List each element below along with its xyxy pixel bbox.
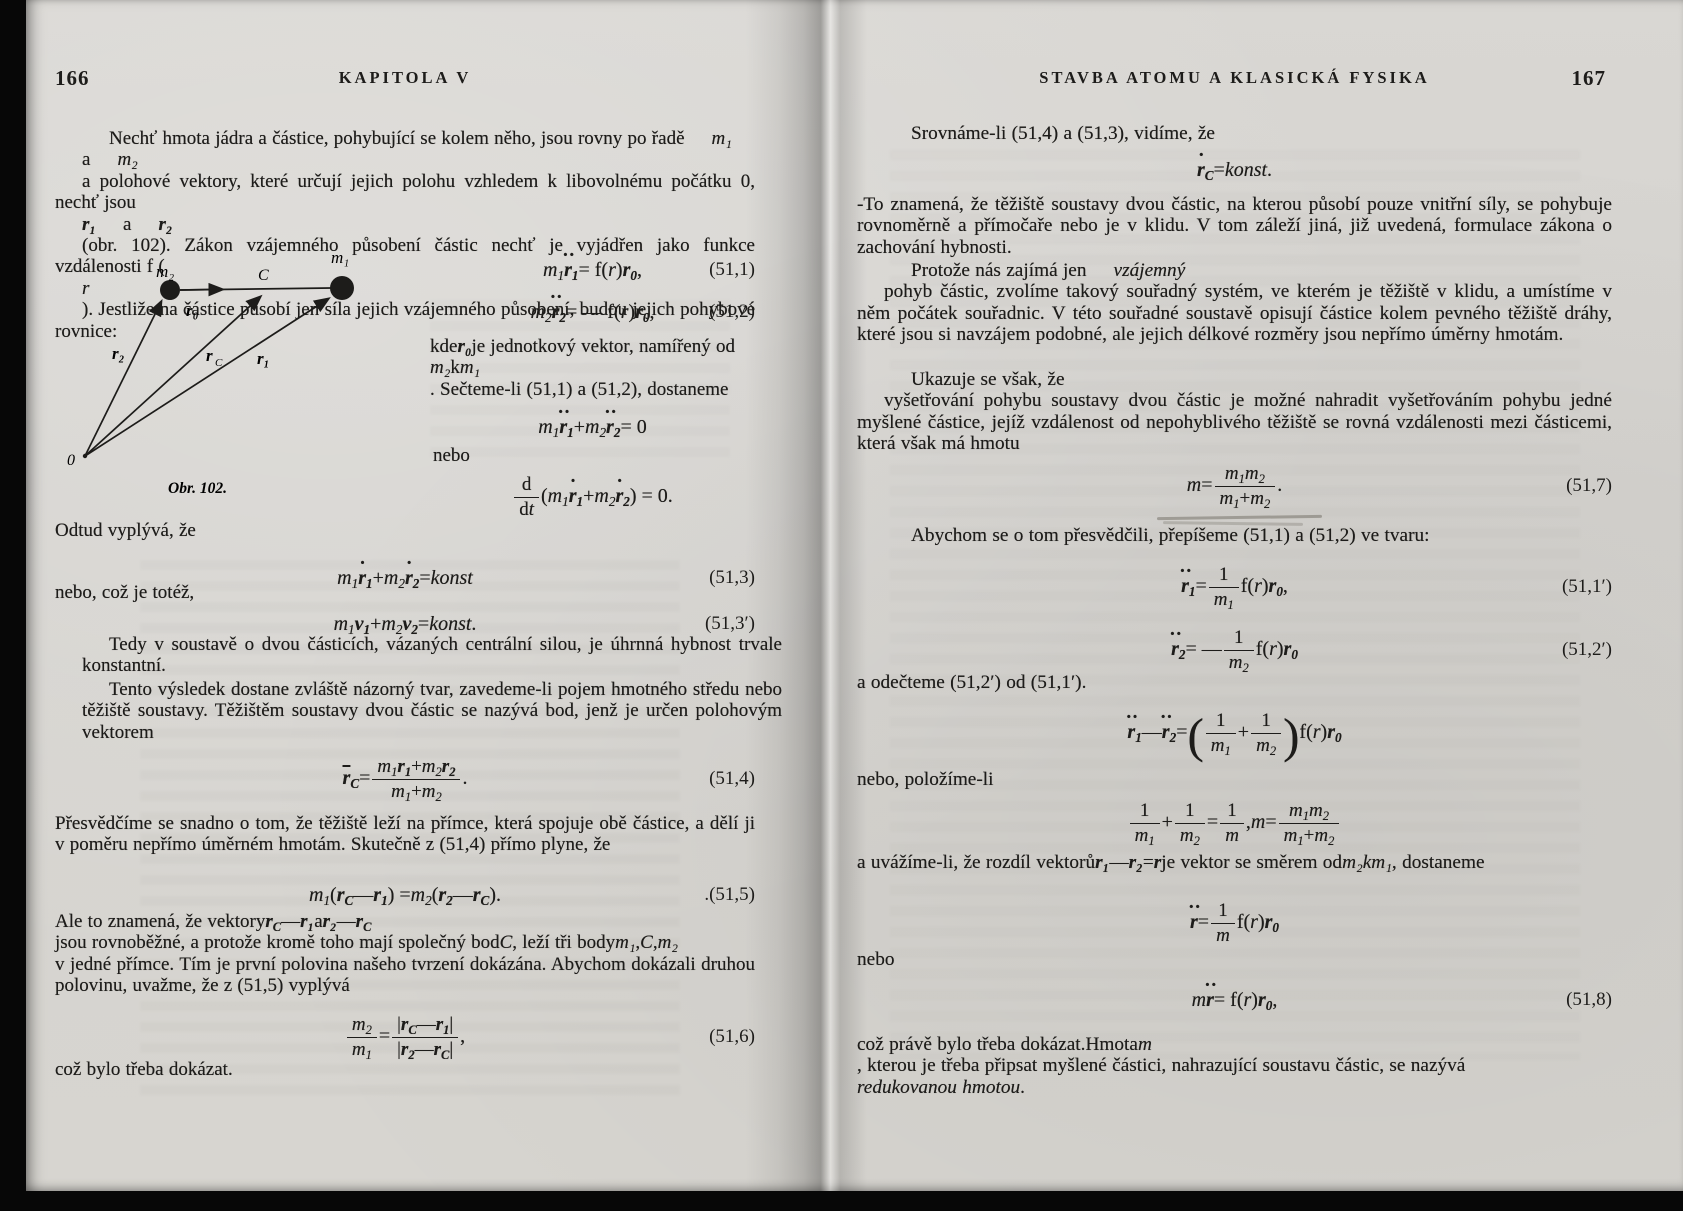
glyph: m (334, 613, 348, 636)
text-run: rC (434, 1039, 450, 1060)
subscript: 2 (366, 1023, 372, 1037)
text-run: r1 (559, 416, 573, 438)
subscript: 1 (1227, 597, 1233, 611)
fraction-numerator: 1 (1209, 564, 1239, 587)
label-rc-sub: C (215, 357, 223, 369)
text-run: m1 (1225, 463, 1245, 484)
text-run: + (574, 416, 585, 438)
glyph: = — (1185, 638, 1221, 661)
figure-obr-102: m₂ m₁ C r₀ r₂ r C r₁ 0 Obr. 102. (60, 243, 416, 505)
text-run: Ale to znamená, že vektory (55, 911, 265, 932)
glyph: r (1269, 638, 1277, 661)
fraction-numerator: m1r1 + m2r2 (372, 756, 460, 779)
equation-r-double-dot: r = 1m f(r)r0 (857, 895, 1612, 951)
glyph: m (594, 485, 608, 508)
equation-51-2p: r2 = — 1m2 f(r)r0 (51,2′) (857, 622, 1612, 678)
text-run: rC (401, 1014, 417, 1035)
text-run: + (370, 613, 381, 635)
fraction-numerator: m1m2 (1215, 463, 1276, 486)
text-run: . (1277, 474, 1282, 496)
glyph: C (640, 932, 653, 953)
fraction: 1m (1211, 900, 1235, 946)
glyph: ) (1277, 638, 1284, 661)
glyph: r (623, 259, 631, 282)
text-run: ) (616, 259, 623, 281)
glyph: r₁ (55, 214, 96, 235)
text-run: Přesvědčíme se snadno o tom, že těžiště … (55, 834, 755, 855)
text-run: , (649, 301, 654, 323)
text-run: . (1267, 159, 1272, 181)
fraction-denominator: m2 (1175, 824, 1205, 846)
glyph: = (1201, 474, 1212, 497)
glyph: m (1187, 474, 1201, 497)
text-run: , (1283, 575, 1288, 597)
label-origin: 0 (67, 452, 75, 469)
text-run: nebo, položíme-li (857, 769, 994, 790)
glyph: = (1265, 811, 1276, 834)
glyph: m (352, 1039, 366, 1060)
text-run: r (1250, 911, 1258, 933)
glyph: = (379, 1025, 390, 1048)
text-run: m₁ (685, 128, 732, 149)
text-run: + (1304, 825, 1315, 846)
subscript: 1 (567, 424, 574, 439)
glyph: r (1162, 721, 1170, 744)
fraction-numerator: d (514, 474, 539, 497)
glyph: a polohové vektory, které určují jejich … (55, 171, 755, 214)
glyph: k (450, 357, 460, 378)
glyph: + (1304, 825, 1315, 846)
subscript: 0 (1291, 647, 1298, 662)
paragraph: Srovnáme-li (51,4) a (51,3), vidíme, že (857, 123, 1612, 144)
text-run: 1 (1219, 564, 1229, 585)
glyph: nebo (857, 949, 894, 970)
glyph: d (519, 499, 529, 520)
glyph: m₁ (460, 357, 480, 378)
glyph: + (411, 781, 422, 802)
label-rc: r (206, 346, 213, 365)
equation-body: 1m1 + 1m2 = 1m , m = m1m2m1 + m2 (1128, 800, 1342, 846)
text-run: a (96, 214, 131, 235)
text-run: a (55, 149, 90, 170)
label-C: C (258, 267, 269, 284)
glyph: 1 (1234, 627, 1244, 648)
figure-caption: Obr. 102. (168, 480, 227, 497)
text-run: 1 (1227, 800, 1237, 821)
subscript: 2 (1264, 496, 1270, 510)
glyph: r (569, 485, 577, 508)
paragraph: nebo (857, 949, 1612, 970)
fraction-numerator: m2 (347, 1014, 377, 1037)
text-run: což právě bylo třeba dokázat. (857, 1034, 1085, 1055)
text-run: rC (1197, 159, 1214, 181)
glyph: r (1190, 911, 1198, 934)
text-run: . (462, 767, 467, 789)
text-run: f( (1237, 911, 1250, 933)
fraction-numerator: 1 (1206, 710, 1236, 733)
glyph: r (337, 884, 345, 907)
text-run: nebo, což je totéž, (55, 582, 194, 603)
text-run: m1 (1220, 488, 1240, 509)
text-run: , leží tři body (512, 932, 615, 953)
fraction: ddt (514, 474, 539, 520)
subscript: 2 (1194, 833, 1200, 847)
glyph: m (1309, 800, 1323, 821)
glyph: , (1272, 989, 1277, 1012)
text-run: konst (1225, 159, 1267, 181)
text-run: m1 (1214, 589, 1234, 610)
glyph: r (1181, 575, 1189, 598)
glyph: kde (430, 336, 457, 357)
text-run: , (460, 1025, 465, 1047)
glyph: m (1314, 825, 1328, 846)
glyph: r (606, 416, 614, 439)
subscript: 2 (559, 309, 566, 324)
text-run: m2 (594, 485, 615, 507)
glyph: ) = (388, 884, 411, 907)
text-run: r₁ (300, 911, 314, 932)
glyph: ( (330, 884, 337, 907)
running-title: STAVBA ATOMU A KLASICKÁ FYSIKA (857, 68, 1612, 88)
glyph: C (500, 932, 513, 953)
glyph: pohyb částic, zvolíme takový souřadný sy… (857, 281, 1612, 345)
text-run: konst (429, 613, 471, 635)
paragraph: nebo (433, 445, 733, 466)
page-header-left: 166 KAPITOLA V (55, 66, 755, 90)
text-run: m₂ (658, 932, 678, 953)
text-run: r2 (401, 1039, 415, 1060)
glyph: r (1284, 638, 1292, 661)
fraction-denominator: m1 + m2 (1279, 824, 1340, 846)
equation-number: (51,1′) (1562, 576, 1612, 598)
subscript: 2 (623, 494, 630, 509)
glyph: , (649, 301, 654, 324)
text-run: r2 (615, 485, 629, 507)
equation-body: r2 = — 1m2 f(r)r0 (1171, 627, 1298, 673)
paragraph: což právě bylo třeba dokázat. Hmota m, k… (857, 1034, 1612, 1098)
subscript: 2 (446, 892, 453, 907)
text-run: a odečteme (51,2′) od (51,1′). (857, 672, 1086, 693)
glyph: Ukazuje se však, že (884, 369, 1065, 390)
subscript: 0 (1276, 584, 1283, 599)
text-run: 1 (1216, 710, 1226, 731)
text-run: | (449, 1014, 453, 1035)
glyph: m (1245, 463, 1259, 484)
glyph: m (1216, 925, 1230, 946)
fraction: m1r1 + m2r2m1 + m2 (372, 756, 460, 802)
text-run: r (1206, 989, 1214, 1011)
text-run: m2 (1245, 463, 1265, 484)
glyph: vzájemný (1087, 260, 1186, 281)
text-run: 1 (1140, 800, 1150, 821)
fraction-numerator: 1 (1251, 710, 1281, 733)
text-run: — (1142, 721, 1162, 743)
text-run: r₀ (457, 336, 471, 357)
text-run: f( (1299, 721, 1312, 743)
glyph: — (1109, 852, 1128, 873)
glyph: = (1207, 811, 1218, 834)
fraction-numerator: |rC — r1| (392, 1014, 458, 1037)
glyph: r (401, 1014, 408, 1035)
text-run: ) (1262, 575, 1269, 597)
fraction-numerator: 1 (1130, 800, 1160, 823)
glyph: m (1225, 825, 1239, 846)
glyph: t (529, 499, 534, 520)
text-run: ( (541, 485, 548, 507)
glyph: je jednotkový vektor, namířený od (471, 336, 734, 357)
glyph: . (1267, 159, 1272, 182)
equation-body: m2m1 = |rC — r1||r2 — rC|, (345, 1014, 465, 1060)
glyph: — (1142, 721, 1162, 744)
equation-body: mr = f(r)r0, (1192, 989, 1278, 1012)
glyph: m (1214, 589, 1228, 610)
glyph: r (552, 301, 560, 324)
text-run: , (1272, 989, 1277, 1011)
book-scan: { "colors": {"paper":"#d7d5d1","ink":"#1… (0, 0, 1683, 1211)
text-run: r₂ (131, 214, 172, 235)
glyph: m (411, 884, 425, 907)
glyph: r (1197, 159, 1205, 182)
text-run: m (1225, 825, 1239, 846)
glyph: m (377, 756, 391, 777)
text-run: r₁ (55, 214, 96, 235)
equation-reduced-mass-def: 1m1 + 1m2 = 1m , m = m1m2m1 + m2 (857, 795, 1612, 851)
text-run: m1 (1284, 825, 1304, 846)
glyph: nebo, položíme-li (857, 769, 994, 790)
text-run: . (1020, 1077, 1025, 1098)
text-run: r₁ (1095, 852, 1109, 873)
glyph: m₁ (685, 128, 732, 149)
equation-51-4: rC = m1r1 + m2r2m1 + m2. (51,4) (55, 750, 755, 808)
text-run: m (1251, 811, 1265, 833)
text-run: m1 (1289, 800, 1309, 821)
text-run: r0 (1327, 721, 1341, 743)
text-run: redukovanou hmotou (857, 1077, 1020, 1098)
text-run: + (411, 781, 422, 802)
page-number: 167 (1572, 66, 1607, 91)
glyph: , leží tři body (512, 932, 615, 953)
subscript: C (1205, 167, 1214, 182)
fraction: 1m1 (1130, 800, 1160, 846)
glyph: f( (1256, 638, 1269, 661)
glyph: + (1162, 811, 1173, 834)
page-166: 166 KAPITOLA V Nechť hmota jádra a části… (55, 0, 755, 1191)
equation-number: .(51,5) (704, 884, 755, 906)
text-run: je jednotkový vektor, namířený od (471, 336, 734, 357)
glyph: m (422, 781, 436, 802)
glyph: m (1220, 488, 1234, 509)
glyph: r (438, 884, 446, 907)
paragraph: Tento výsledek dostane zvláště názorný t… (55, 679, 755, 743)
text-run: , dostaneme (1392, 852, 1485, 873)
fraction-denominator: m (1220, 824, 1244, 846)
glyph: — (453, 884, 473, 907)
equation-number: (51,6) (709, 1026, 755, 1048)
equation-51-1p: r1 = 1m1 f(r)r0, (51,1′) (857, 559, 1612, 615)
glyph: m (548, 485, 562, 508)
text-run: m (1216, 925, 1230, 946)
glyph: 1 (1219, 564, 1229, 585)
equation-51-1: m1 r1 = f(r)r0, (51,1) (430, 248, 755, 292)
text-run: vyšetřování pohybu soustavy dvou částic … (857, 433, 1612, 454)
fraction-numerator: 1 (1211, 900, 1235, 923)
text-run: ( (1187, 708, 1203, 763)
equation-body: rC = m1r1 + m2r2m1 + m2. (343, 756, 468, 802)
glyph: m (309, 884, 323, 907)
text-run: r0 (623, 259, 637, 281)
text-run: — (417, 1014, 436, 1035)
glyph: a uvážíme-li, že rozdíl vektorů (857, 852, 1095, 873)
text-run: v2 (402, 613, 417, 635)
vector-r2-arrow (85, 302, 161, 456)
text-run: m2 (1256, 735, 1276, 756)
fraction-denominator: m2 (1251, 734, 1281, 756)
glyph: — (281, 911, 300, 932)
text-run: = f( (1214, 989, 1244, 1011)
text-run: = 0 (620, 416, 646, 438)
text-run: m1 (538, 416, 559, 438)
fraction: 1m1 (1206, 710, 1236, 756)
text-run: t (529, 499, 534, 520)
text-run: rC (473, 884, 490, 906)
text-run: m2 (381, 613, 402, 635)
glyph: r (401, 1039, 408, 1060)
glyph: m (1135, 825, 1149, 846)
glyph: f( (1299, 721, 1312, 744)
fraction-denominator: m1 (1130, 824, 1160, 846)
glyph: Tento výsledek dostane zvláště názorný t… (82, 679, 782, 743)
glyph: nebo, což je totéž, (55, 582, 194, 603)
equation-number: (51,2′) (1562, 639, 1612, 661)
text-run: Odtud vyplývá, že (55, 520, 196, 541)
text-run: f( (1256, 638, 1269, 660)
paragraph: což bylo třeba dokázat. (55, 1059, 755, 1080)
text-run: = — f( (566, 301, 621, 323)
text-run: nebo (857, 949, 894, 970)
text-run: nebo (433, 445, 470, 466)
text-run: r2 (552, 301, 566, 323)
glyph: r (1313, 721, 1321, 744)
text-run: r1 (373, 884, 387, 906)
text-run: m1 (543, 259, 564, 281)
glyph: r₂ (1129, 852, 1143, 873)
glyph: f( (1241, 575, 1254, 598)
text-run: rC (265, 911, 281, 932)
particle-m2-dot (160, 280, 180, 300)
glyph: r₂ (323, 911, 337, 932)
fraction-numerator: 1 (1224, 627, 1254, 650)
glyph: 1 (1227, 800, 1237, 821)
glyph: — (337, 911, 356, 932)
page-167: STAVBA ATOMU A KLASICKÁ FYSIKA 167 Srovn… (857, 0, 1612, 1191)
glyph: m (391, 781, 405, 802)
glyph: Tedy v soustavě o dvou částicích, vázaný… (82, 634, 782, 677)
text-run: — (337, 911, 356, 932)
text-run: + (1162, 811, 1173, 833)
paragraph: a odečteme (51,2′) od (51,1′). (857, 672, 1612, 693)
equation-body: m = m1m2m1 + m2. (1187, 463, 1282, 509)
text-run: r0 (635, 301, 649, 323)
glyph: což bylo třeba dokázat. (55, 1059, 233, 1080)
equation-body: m1v1 + m2v2 = konst. (334, 613, 477, 636)
text-run: ) (1251, 989, 1258, 1011)
glyph: f( (1237, 911, 1250, 934)
text-run: r (1313, 721, 1321, 743)
text-run: Abychom se o tom přesvědčili, přepíšeme … (884, 525, 1430, 546)
glyph: r (1254, 575, 1262, 598)
glyph: , kterou je třeba připsat myšlené částic… (857, 1055, 1465, 1076)
text-run: m2 (531, 301, 552, 323)
text-run: = (379, 1025, 390, 1047)
glyph: 1 (1216, 710, 1226, 731)
fraction-denominator: m1 (1206, 734, 1236, 756)
glyph: r (397, 756, 404, 777)
fraction-numerator: m1m2 (1279, 800, 1340, 823)
text-run: — (281, 911, 300, 932)
fraction: 1m1 (1209, 564, 1239, 610)
glyph: = f( (578, 259, 608, 282)
text-run: m1 (334, 613, 355, 635)
glyph: ) = 0. (630, 485, 673, 508)
text-run: což bylo třeba dokázat. (55, 1059, 233, 1080)
text-run: = (1265, 811, 1276, 833)
glyph: , (460, 1025, 465, 1048)
glyph: ) (1258, 911, 1265, 934)
text-run: = (1195, 575, 1206, 597)
text-run: rC (343, 767, 360, 789)
text-run: = (1143, 852, 1154, 873)
text-run: jsou rovnoběžné, a protože kromě toho ma… (55, 932, 500, 953)
text-run: m₂ (430, 357, 450, 378)
glyph: r₂ (131, 214, 172, 235)
glyph: r₁ (300, 911, 314, 932)
vector-r0-arrow (180, 289, 222, 290)
text-run: m (1138, 1034, 1152, 1055)
text-run: r0 (1258, 989, 1272, 1011)
text-run: m2 (422, 781, 442, 802)
subscript: 2 (545, 309, 552, 324)
glyph: r (265, 911, 272, 932)
equation-number: (51,4) (709, 768, 755, 790)
glyph: r (436, 1014, 443, 1035)
equation-body: m1 r1 = f(r)r0, (543, 259, 642, 282)
text-run: = f( (578, 259, 608, 281)
text-run: r (1254, 575, 1262, 597)
text-run: — (1109, 852, 1128, 873)
glyph: m₁ (1371, 852, 1392, 873)
equation-body: m1 r1 + m2 r2 = 0 (538, 416, 646, 439)
glyph: = (359, 767, 370, 790)
text-run: r0 (1265, 911, 1279, 933)
glyph: = — f( (566, 301, 621, 324)
glyph: m (1250, 488, 1264, 509)
text-run: r1 (436, 1014, 450, 1035)
paragraph: nebo, což je totéž, (55, 582, 755, 603)
equation-number: (51,7) (1566, 475, 1612, 497)
text-run: r1 (397, 756, 411, 777)
text-run: | (449, 1039, 453, 1060)
equation-51-7: m = m1m2m1 + m2. (51,7) (857, 457, 1612, 515)
paragraph: Abychom se o tom přesvědčili, přepíšeme … (857, 525, 1612, 546)
glyph: konst (1225, 159, 1267, 182)
text-run: r (608, 259, 616, 281)
equation-number: (51,3′) (705, 613, 755, 635)
text-run: m₂ (1342, 852, 1363, 873)
text-run: m2 (1314, 825, 1334, 846)
glyph: = f( (1214, 989, 1244, 1012)
glyph: r (1171, 638, 1179, 661)
subscript: 2 (1270, 743, 1276, 757)
